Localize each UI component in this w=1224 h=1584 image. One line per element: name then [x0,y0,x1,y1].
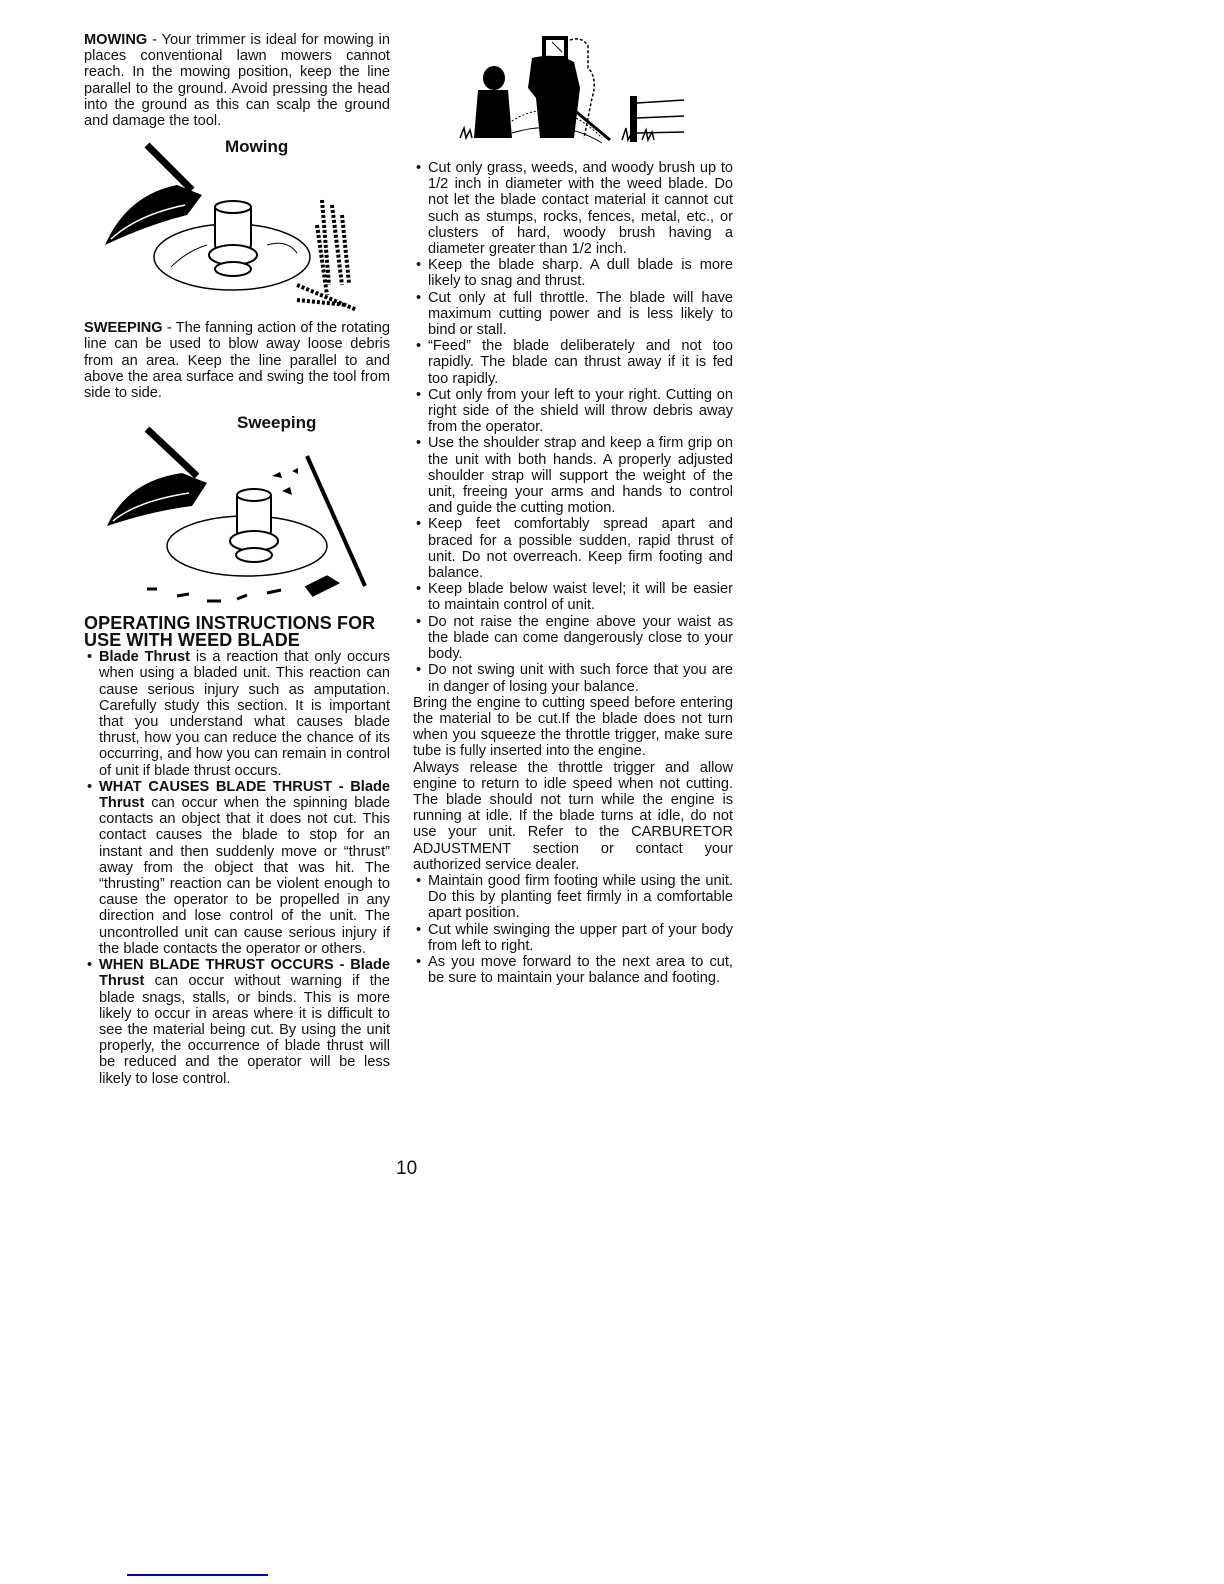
blue-underline-divider [127,1574,268,1576]
list-item: Maintain good firm footing while using t… [413,873,733,922]
list-item: Do not swing unit with such force that y… [413,662,733,694]
engine-speed-paragraph: Bring the engine to cutting speed before… [413,695,733,760]
list-item: Keep the blade sharp. A dull blade is mo… [413,257,733,289]
blade-thrust-list: Blade Thrust is a reaction that only occ… [84,649,390,1086]
sweeping-figure-label: Sweeping [237,415,316,431]
list-item: “Feed” the blade deliberately and not to… [413,338,733,387]
mowing-title: MOWING [84,32,147,48]
footing-tips-list: Maintain good firm footing while using t… [413,873,733,986]
list-item: Keep blade below waist level; it will be… [413,581,733,613]
page-number: 10 [396,1158,417,1180]
idle-paragraph: Always release the throttle trigger and … [413,760,733,873]
trimmer-mowing-icon [97,135,377,320]
list-item: As you move forward to the next area to … [413,954,733,986]
list-item: Blade Thrust is a reaction that only occ… [84,649,390,779]
mowing-figure: Mowing [97,135,377,320]
sweeping-figure: Sweeping [97,411,377,611]
list-item: Keep feet comfortably spread apart and b… [413,516,733,581]
sweeping-paragraph: SWEEPING - The fanning action of the rot… [84,320,390,401]
left-column: MOWING - Your trimmer is ideal for mowin… [84,32,390,1087]
list-item: Cut while swinging the upper part of you… [413,922,733,954]
list-item: Cut only at full throttle. The blade wil… [413,290,733,339]
cutting-tips-list: Cut only grass, weeds, and woody brush u… [413,160,733,695]
mowing-paragraph: MOWING - Your trimmer is ideal for mowin… [84,32,390,129]
right-column: Cut only grass, weeds, and woody brush u… [413,160,733,986]
list-item: Use the shoulder strap and keep a firm g… [413,435,733,516]
sweeping-title: SWEEPING [84,320,163,336]
operator-illustration [452,28,712,148]
mowing-figure-label: Mowing [225,139,288,155]
trimmer-sweeping-icon [97,411,377,611]
list-item: Do not raise the engine above your waist… [413,614,733,663]
list-item: WHEN BLADE THRUST OCCURS - Blade Thrust … [84,957,390,1087]
list-item: WHAT CAUSES BLADE THRUST - Blade Thrust … [84,779,390,957]
list-item: Cut only grass, weeds, and woody brush u… [413,160,733,257]
list-item: Cut only from your left to your right. C… [413,387,733,436]
section-heading: OPERATING INSTRUCTIONS FOR USE WITH WEED… [84,615,390,649]
